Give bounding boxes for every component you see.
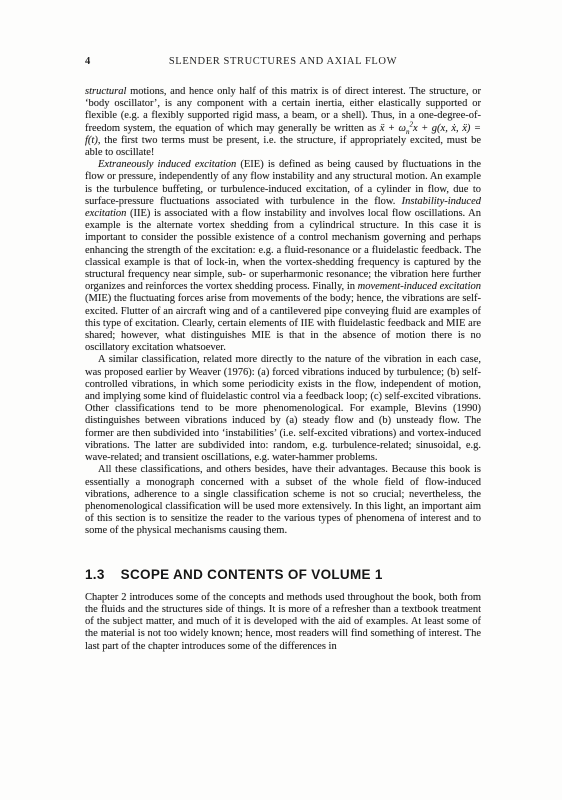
italic-text-run: Extraneously induced excitation bbox=[98, 159, 236, 170]
paragraph: Chapter 2 introduces some of the concept… bbox=[85, 592, 481, 653]
text-run: All these classifications, and others be… bbox=[85, 464, 481, 536]
text-run: Chapter 2 introduces some of the concept… bbox=[85, 592, 481, 652]
section-number: 1.3 bbox=[85, 569, 105, 581]
text-run: (MIE) the fluctuating forces arise from … bbox=[85, 293, 481, 353]
text-column: structural motions, and hence only half … bbox=[85, 86, 481, 653]
book-page: 4 SLENDER STRUCTURES AND AXIAL FLOW stru… bbox=[0, 0, 562, 800]
text-run: (IIE) is associated with a flow instabil… bbox=[85, 208, 481, 292]
paragraph: Extraneously induced excitation (EIE) is… bbox=[85, 159, 481, 354]
italic-text-run: ẍ + ω bbox=[380, 123, 406, 134]
paragraph: structural motions, and hence only half … bbox=[85, 86, 481, 159]
text-run: A similar classification, related more d… bbox=[85, 354, 481, 463]
section-heading: 1.3SCOPE AND CONTENTS OF VOLUME 1 bbox=[85, 569, 481, 581]
paragraph: A similar classification, related more d… bbox=[85, 354, 481, 464]
section-title: SCOPE AND CONTENTS OF VOLUME 1 bbox=[121, 567, 383, 582]
paragraph: All these classifications, and others be… bbox=[85, 464, 481, 537]
italic-text-run: structural bbox=[85, 86, 126, 97]
italic-text-run: movement-induced excitation bbox=[358, 281, 481, 292]
running-title: SLENDER STRUCTURES AND AXIAL FLOW bbox=[85, 56, 481, 67]
page-header: 4 SLENDER STRUCTURES AND AXIAL FLOW bbox=[85, 56, 481, 70]
text-run: , the first two terms must be present, i… bbox=[85, 135, 481, 158]
